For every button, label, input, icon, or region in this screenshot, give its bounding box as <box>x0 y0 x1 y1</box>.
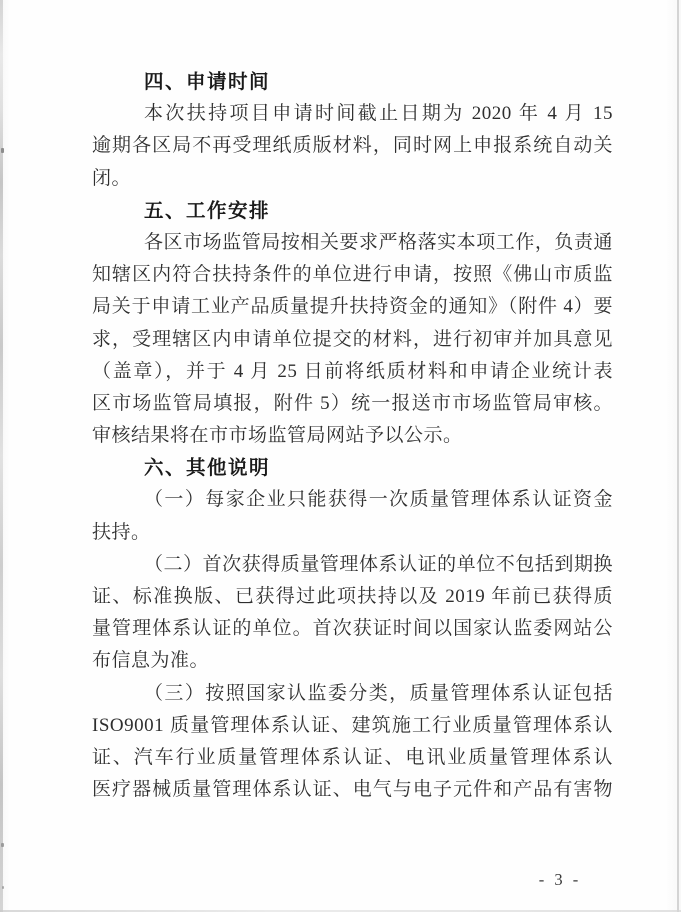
document-line: 区市场监管局填报，附件 5）统一报送市市场监管局审核。 <box>92 388 613 420</box>
document-line: ISO9001 质量管理体系认证、建筑施工行业质量管理体系认 <box>92 710 613 742</box>
page-number: - 3 - <box>527 868 593 892</box>
scan-edge-right <box>677 0 679 912</box>
document-line: 证、汽车行业质量管理体系认证、电讯业质量管理体系认证、 <box>92 742 613 774</box>
document-line: 扶持。 <box>92 517 613 549</box>
document-line: 知辖区内符合扶持条件的单位进行申请，按照《佛山市质监 <box>92 259 613 291</box>
document-line: 局关于申请工业产品质量提升扶持资金的通知》（附件 4）要 <box>92 291 613 323</box>
document-line: 逾期各区局不再受理纸质版材料，同时网上申报系统自动关 <box>92 130 613 162</box>
document-line: 闭。 <box>92 163 613 195</box>
document-line: 求，受理辖区内申请单位提交的材料，进行初审并加具意见 <box>92 324 613 356</box>
scan-speck <box>2 886 4 889</box>
document-line: 量管理体系认证的单位。首次获证时间以国家认监委网站公 <box>92 613 613 645</box>
section-heading: 五、工作安排 <box>92 195 613 227</box>
document-line: 审核结果将在市市场监管局网站予以公示。 <box>92 420 613 452</box>
document-line: （三）按照国家认监委分类，质量管理体系认证包括 <box>92 678 613 710</box>
document-line: 证、标准换版、已获得过此项扶持以及 2019 年前已获得质 <box>92 581 613 613</box>
scanned-page: 四、申请时间本次扶持项目申请时间截止日期为 2020 年 4 月 15 日，逾期… <box>0 0 681 912</box>
document-line: 布信息为准。 <box>92 645 613 677</box>
scan-speck <box>1 843 4 847</box>
section-heading: 四、申请时间 <box>92 66 613 98</box>
scan-edge-left <box>0 0 3 912</box>
document-line: 本次扶持项目申请时间截止日期为 2020 年 4 月 15 日， <box>92 98 613 130</box>
document-line: （二）首次获得质量管理体系认证的单位不包括到期换 <box>92 549 613 581</box>
scan-speck <box>1 148 4 153</box>
document-line: （盖章），并于 4 月 25 日前将纸质材料和申请企业统计表（各 <box>92 356 613 388</box>
document-line: 各区市场监管局按相关要求严格落实本项工作，负责通 <box>92 227 613 259</box>
document-content: 四、申请时间本次扶持项目申请时间截止日期为 2020 年 4 月 15 日，逾期… <box>92 66 613 806</box>
document-line: （一）每家企业只能获得一次质量管理体系认证资金 <box>92 484 613 516</box>
section-heading: 六、其他说明 <box>92 452 613 484</box>
document-line: 医疗器械质量管理体系认证、电气与电子元件和产品有害物 <box>92 774 613 806</box>
